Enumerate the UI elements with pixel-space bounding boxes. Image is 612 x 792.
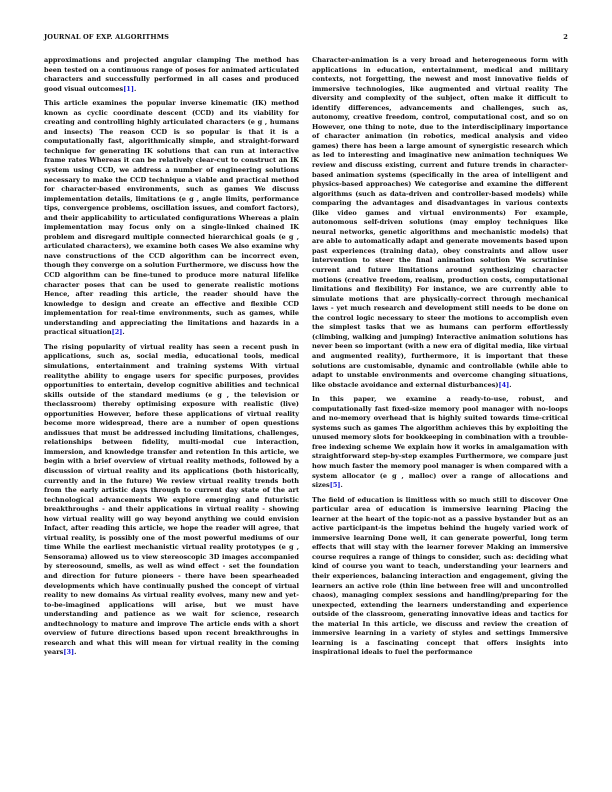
paragraph-text: In this paper, we examine a ready-to-use…: [312, 395, 568, 489]
paragraph: Character-animation is a very broad and …: [312, 56, 568, 390]
journal-title: JOURNAL OF EXP. ALGORITHMS: [44, 33, 169, 41]
paragraph-tail: .: [74, 648, 76, 656]
right-column: Character-animation is a very broad and …: [312, 56, 568, 663]
paragraph: In this paper, we examine a ready-to-use…: [312, 395, 568, 490]
paragraph: The rising popularity of virtual reality…: [44, 343, 299, 658]
citation-link[interactable]: [3]: [63, 648, 74, 656]
paragraph-text: The rising popularity of virtual reality…: [44, 343, 299, 657]
paragraph-tail: .: [134, 85, 136, 93]
paragraph: This article examines the popular invers…: [44, 99, 299, 338]
paragraph-tail: .: [341, 481, 343, 489]
page-number: 2: [563, 33, 568, 41]
paragraph: The field of education is limitless with…: [312, 496, 568, 658]
citation-link[interactable]: [5]: [330, 481, 341, 489]
paragraph-text: The field of education is limitless with…: [312, 496, 568, 657]
paragraph-text: approximations and projected angular cla…: [44, 56, 299, 93]
left-column: approximations and projected angular cla…: [44, 56, 299, 663]
paragraph-text: Character-animation is a very broad and …: [312, 56, 568, 389]
paragraph-tail: .: [509, 381, 511, 389]
citation-link[interactable]: [1]: [123, 85, 134, 93]
running-header: JOURNAL OF EXP. ALGORITHMS 2: [44, 33, 568, 45]
citation-link[interactable]: [2]: [112, 328, 123, 336]
paragraph-tail: .: [122, 328, 124, 336]
paragraph-text: This article examines the popular invers…: [44, 99, 299, 336]
citation-link[interactable]: [4]: [499, 381, 510, 389]
paragraph: approximations and projected angular cla…: [44, 56, 299, 94]
